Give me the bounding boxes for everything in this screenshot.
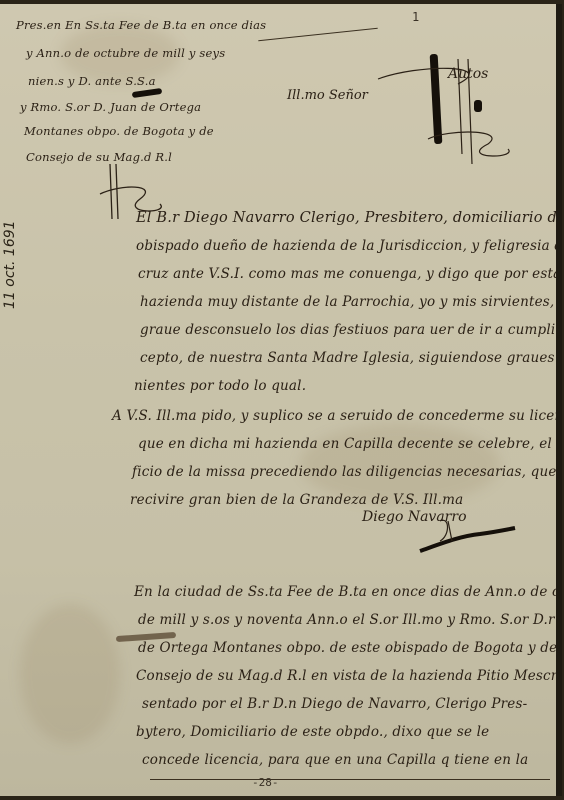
petition-line: El B.r Diego Navarro Clerigo, Presbitero… — [136, 210, 562, 226]
decree-line: En la ciudad de Ss.ta Fee de B.ta en onc… — [134, 584, 562, 600]
divider-stroke — [258, 28, 377, 42]
folio-number: 1 — [412, 10, 419, 24]
decree-line: Consejo de su Mag.d R.l en vista de la h… — [136, 668, 562, 684]
petition-line: nientes por todo lo qual. — [134, 378, 306, 394]
margin-date-note: 11 oct. 1691 — [2, 220, 18, 309]
signature-rubric-icon — [420, 516, 520, 556]
petition-line: hazienda muy distante de la Parrochia, y… — [140, 294, 562, 310]
decree-line: sentado por el B.r D.n Diego de Navarro,… — [142, 696, 527, 712]
decree-line: de Ortega Montanes obpo. de este obispad… — [138, 640, 562, 656]
petition-line: que en dicha mi hazienda en Capilla dece… — [138, 436, 562, 452]
petition-line: graue desconsuelo los dias festiuos para… — [140, 322, 562, 338]
decree-line: bytero, Domiciliario de este obpdo., dix… — [136, 724, 489, 740]
footer-page-number: -28- — [252, 776, 279, 789]
top-line: nien.s y D. ante S.S.a — [28, 74, 156, 88]
petition-line: obispado dueño de hazienda de la Jurisdi… — [136, 238, 562, 254]
salutation: Ill.mo Señor — [287, 88, 368, 103]
ink-stroke — [132, 88, 163, 98]
bottom-rule — [150, 779, 550, 780]
petition-line: ficio de la missa precediendo las dilige… — [132, 464, 562, 480]
manuscript-page: 1 Pres.en En Ss.ta Fee de B.ta en once d… — [0, 4, 562, 796]
top-line: Pres.en En Ss.ta Fee de B.ta en once dia… — [16, 18, 266, 32]
petition-line: recivire gran bien de la Grandeza de V.S… — [130, 492, 463, 508]
top-line: y Rmo. S.or D. Juan de Ortega — [20, 100, 201, 114]
top-line: y Ann.o de octubre de mill y seys — [26, 46, 225, 60]
petition-line: A V.S. Ill.ma pido, y suplico se a serui… — [112, 408, 562, 424]
top-line: Montanes obpo. de Bogota y de — [24, 124, 214, 138]
decree-line: de mill y s.os y noventa Ann.o el S.or I… — [138, 612, 562, 628]
paper-stain — [20, 604, 120, 744]
rubric-flourish-icon — [418, 54, 528, 174]
petition-line: cruz ante V.S.I. como mas me conuenga, y… — [138, 266, 562, 282]
petition-line: cepto, de nuestra Santa Madre Iglesia, s… — [140, 350, 562, 366]
decree-line: concede licencia, para que en una Capill… — [142, 752, 528, 768]
